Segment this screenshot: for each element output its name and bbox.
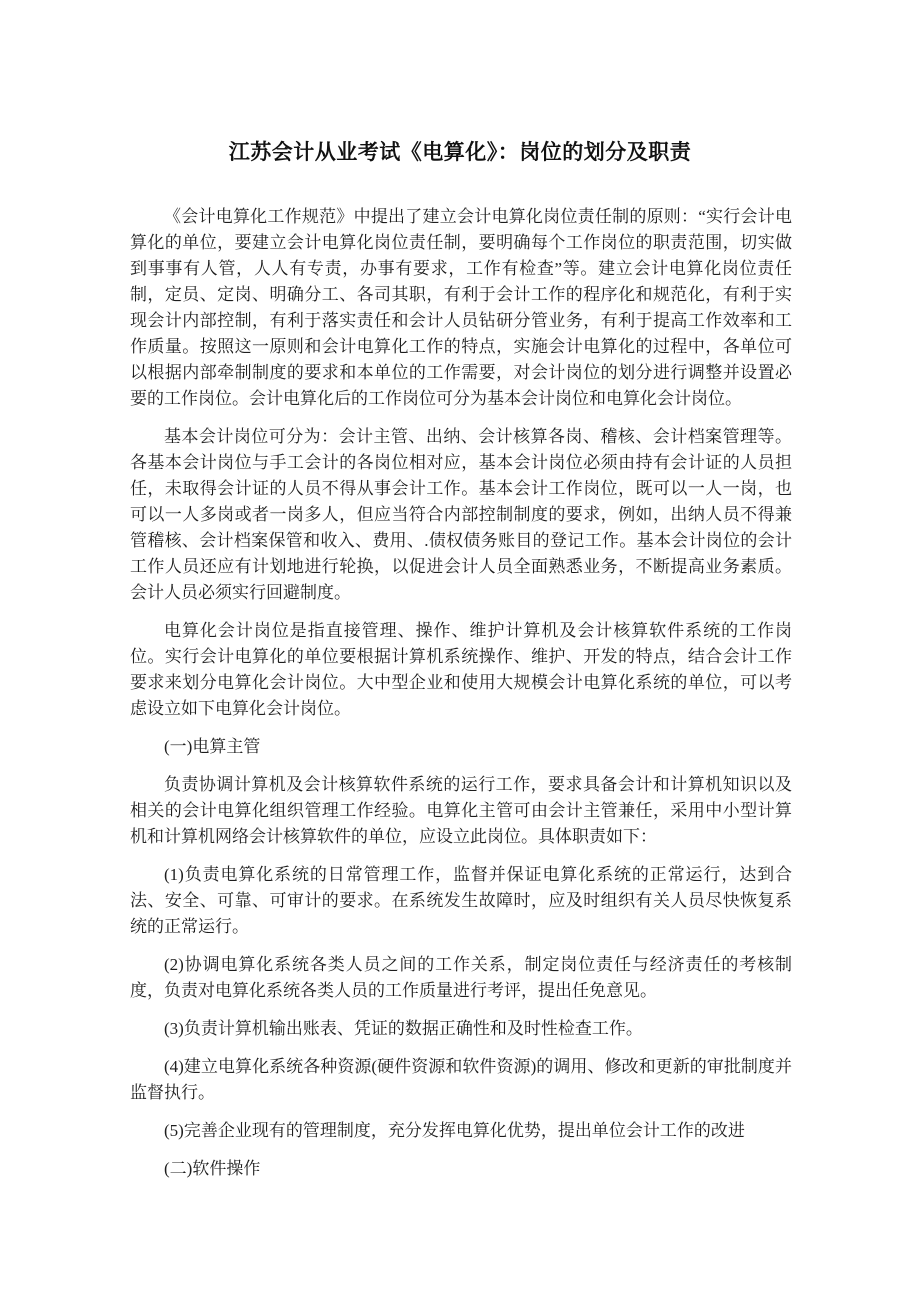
paragraph-1: 《会计电算化工作规范》中提出了建立会计电算化岗位责任制的原则：“实行会计电算化的… (130, 204, 792, 412)
paragraph-5: 负责协调计算机及会计核算软件系统的运行工作，要求具备会计和计算机知识以及相关的会… (130, 772, 792, 850)
document-title: 江苏会计从业考试《电算化》：岗位的划分及职责 (120, 138, 800, 166)
paragraph-3: 电算化会计岗位是指直接管理、操作、维护计算机及会计核算软件系统的工作岗位。实行会… (130, 618, 792, 722)
paragraph-8: (3)负责计算机输出账表、凭证的数据正确性和及时性检查工作。 (130, 1016, 792, 1042)
paragraph-11: (二)软件操作 (130, 1156, 792, 1182)
document-body: 《会计电算化工作规范》中提出了建立会计电算化岗位责任制的原则：“实行会计电算化的… (130, 204, 792, 1182)
paragraph-6: (1)负责电算化系统的日常管理工作，监督并保证电算化系统的正常运行，达到合法、安… (130, 862, 792, 940)
paragraph-4: (一)电算主管 (130, 734, 792, 760)
paragraph-2: 基本会计岗位可分为：会计主管、出纳、会计核算各岗、稽核、会计档案管理等。各基本会… (130, 424, 792, 606)
paragraph-10: (5)完善企业现有的管理制度，充分发挥电算化优势，提出单位会计工作的改进 (130, 1118, 792, 1144)
paragraph-7: (2)协调电算化系统各类人员之间的工作关系，制定岗位责任与经济责任的考核制度，负… (130, 952, 792, 1004)
document-page: 江苏会计从业考试《电算化》：岗位的划分及职责 《会计电算化工作规范》中提出了建立… (0, 0, 920, 1302)
paragraph-9: (4)建立电算化系统各种资源(硬件资源和软件资源)的调用、修改和更新的审批制度并… (130, 1054, 792, 1106)
